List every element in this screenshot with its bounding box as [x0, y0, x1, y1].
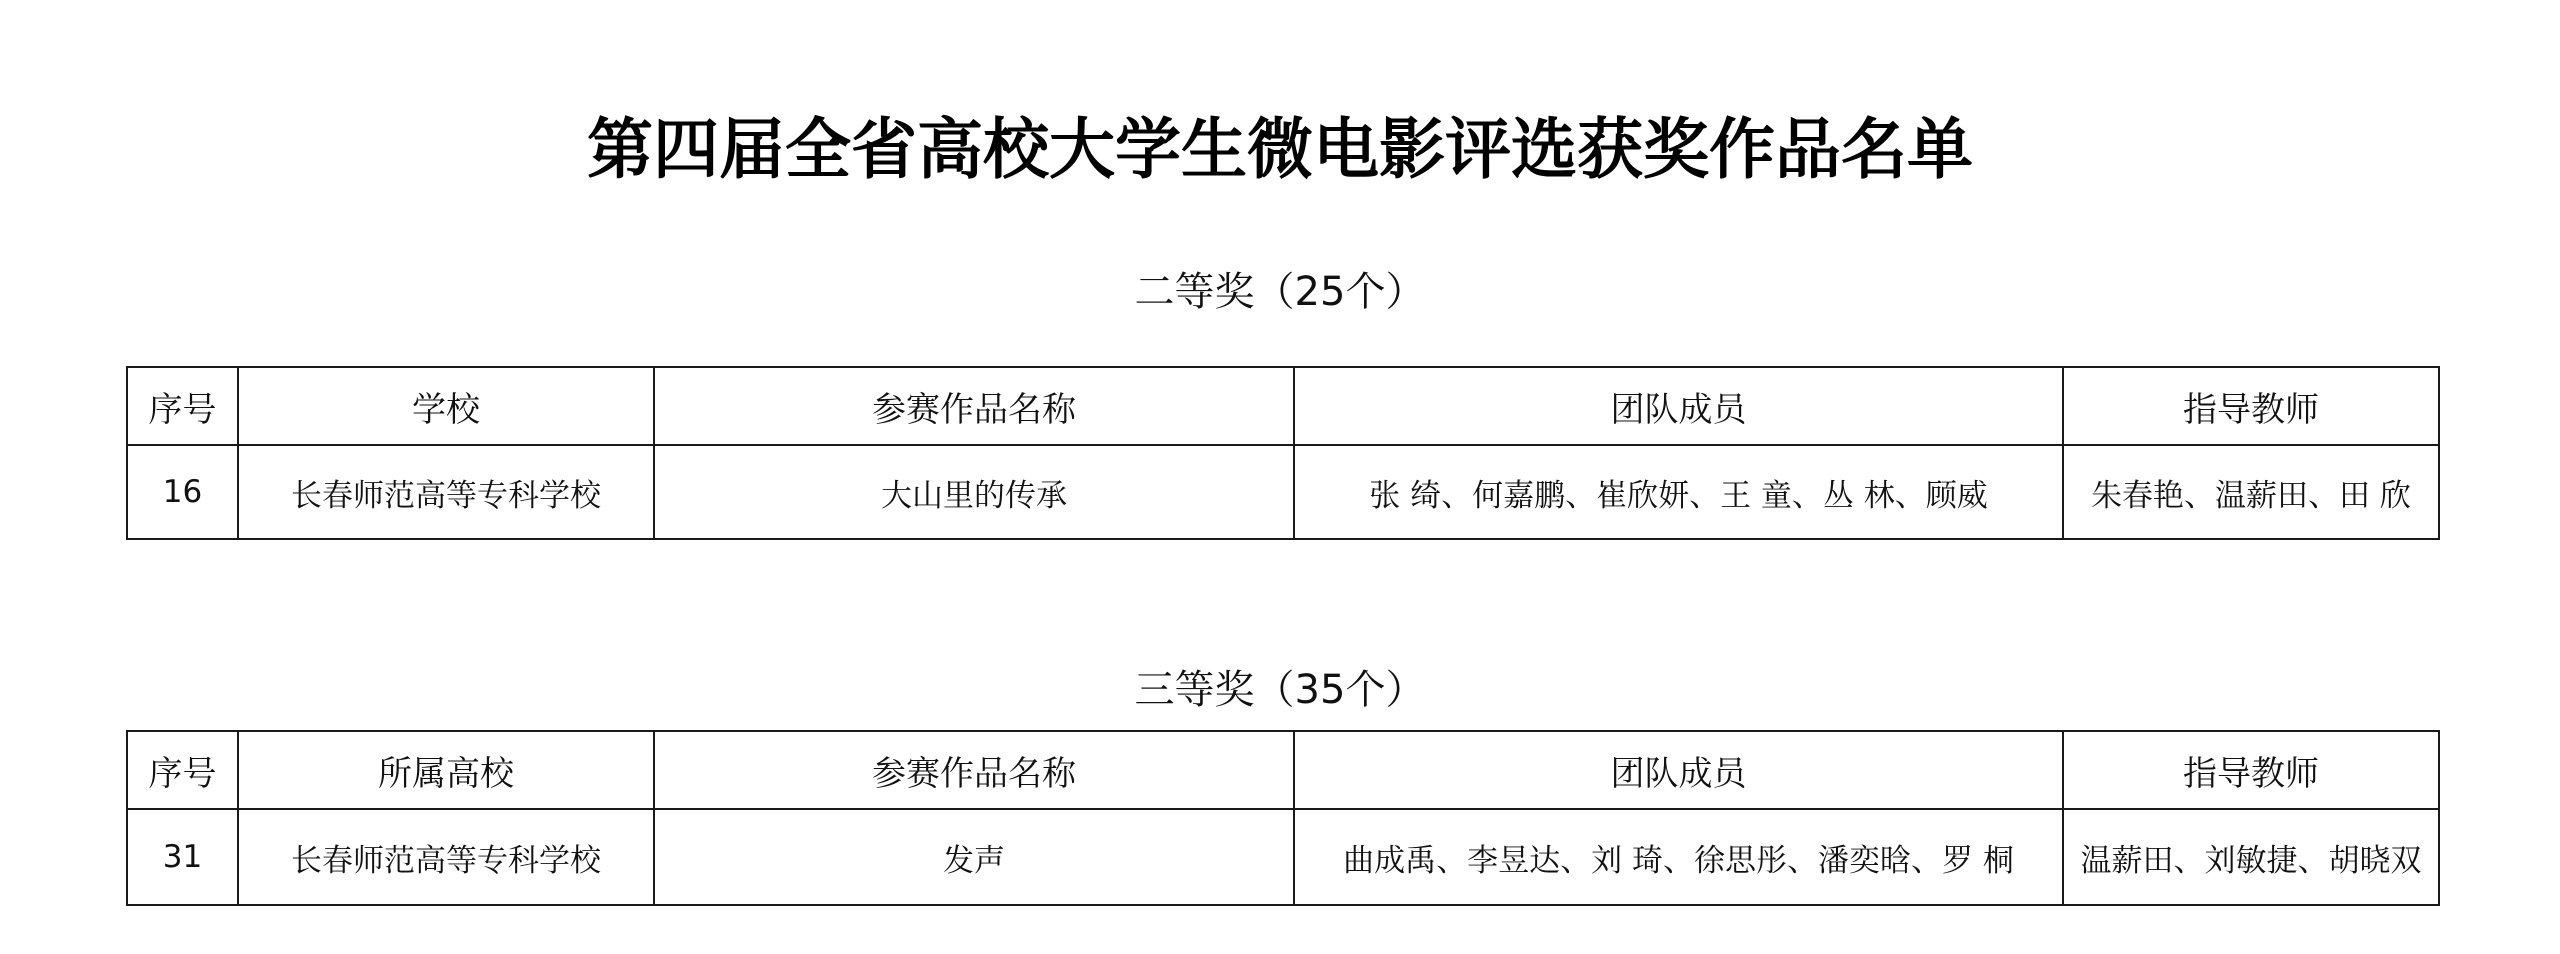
cell-work-title: 大山里的传承 — [654, 445, 1294, 539]
cell-number: 31 — [127, 809, 238, 905]
cell-work-title: 发声 — [654, 809, 1294, 905]
cell-number: 16 — [127, 445, 238, 539]
column-header-number: 序号 — [127, 731, 238, 809]
second-prize-table: 序号 学校 参赛作品名称 团队成员 指导教师 16 长春师范高等专科学校 大山里… — [126, 366, 2440, 540]
cell-advisors: 朱春艳、温薪田、田 欣 — [2063, 445, 2439, 539]
section-heading-third-prize: 三等奖（35个） — [0, 664, 2560, 716]
column-header-advisors: 指导教师 — [2063, 731, 2439, 809]
cell-school: 长春师范高等专科学校 — [238, 809, 654, 905]
column-header-team-members: 团队成员 — [1294, 367, 2063, 445]
table-header-row: 序号 学校 参赛作品名称 团队成员 指导教师 — [127, 367, 2439, 445]
column-header-school: 学校 — [238, 367, 654, 445]
section-heading-second-prize: 二等奖（25个） — [0, 266, 2560, 318]
column-header-work-title: 参赛作品名称 — [654, 367, 1294, 445]
table-row: 31 长春师范高等专科学校 发声 曲成禹、李昱达、刘 琦、徐思彤、潘奕晗、罗 桐… — [127, 809, 2439, 905]
column-header-work-title: 参赛作品名称 — [654, 731, 1294, 809]
table-row: 16 长春师范高等专科学校 大山里的传承 张 绮、何嘉鹏、崔欣妍、王 童、丛 林… — [127, 445, 2439, 539]
third-prize-table: 序号 所属高校 参赛作品名称 团队成员 指导教师 31 长春师范高等专科学校 发… — [126, 730, 2440, 906]
column-header-team-members: 团队成员 — [1294, 731, 2063, 809]
column-header-advisors: 指导教师 — [2063, 367, 2439, 445]
column-header-school: 所属高校 — [238, 731, 654, 809]
cell-advisors: 温薪田、刘敏捷、胡晓双 — [2063, 809, 2439, 905]
cell-team-members: 曲成禹、李昱达、刘 琦、徐思彤、潘奕晗、罗 桐 — [1294, 809, 2063, 905]
cell-school: 长春师范高等专科学校 — [238, 445, 654, 539]
table-header-row: 序号 所属高校 参赛作品名称 团队成员 指导教师 — [127, 731, 2439, 809]
cell-team-members: 张 绮、何嘉鹏、崔欣妍、王 童、丛 林、顾威 — [1294, 445, 2063, 539]
column-header-number: 序号 — [127, 367, 238, 445]
document-title: 第四届全省高校大学生微电影评选获奖作品名单 — [0, 106, 2560, 192]
